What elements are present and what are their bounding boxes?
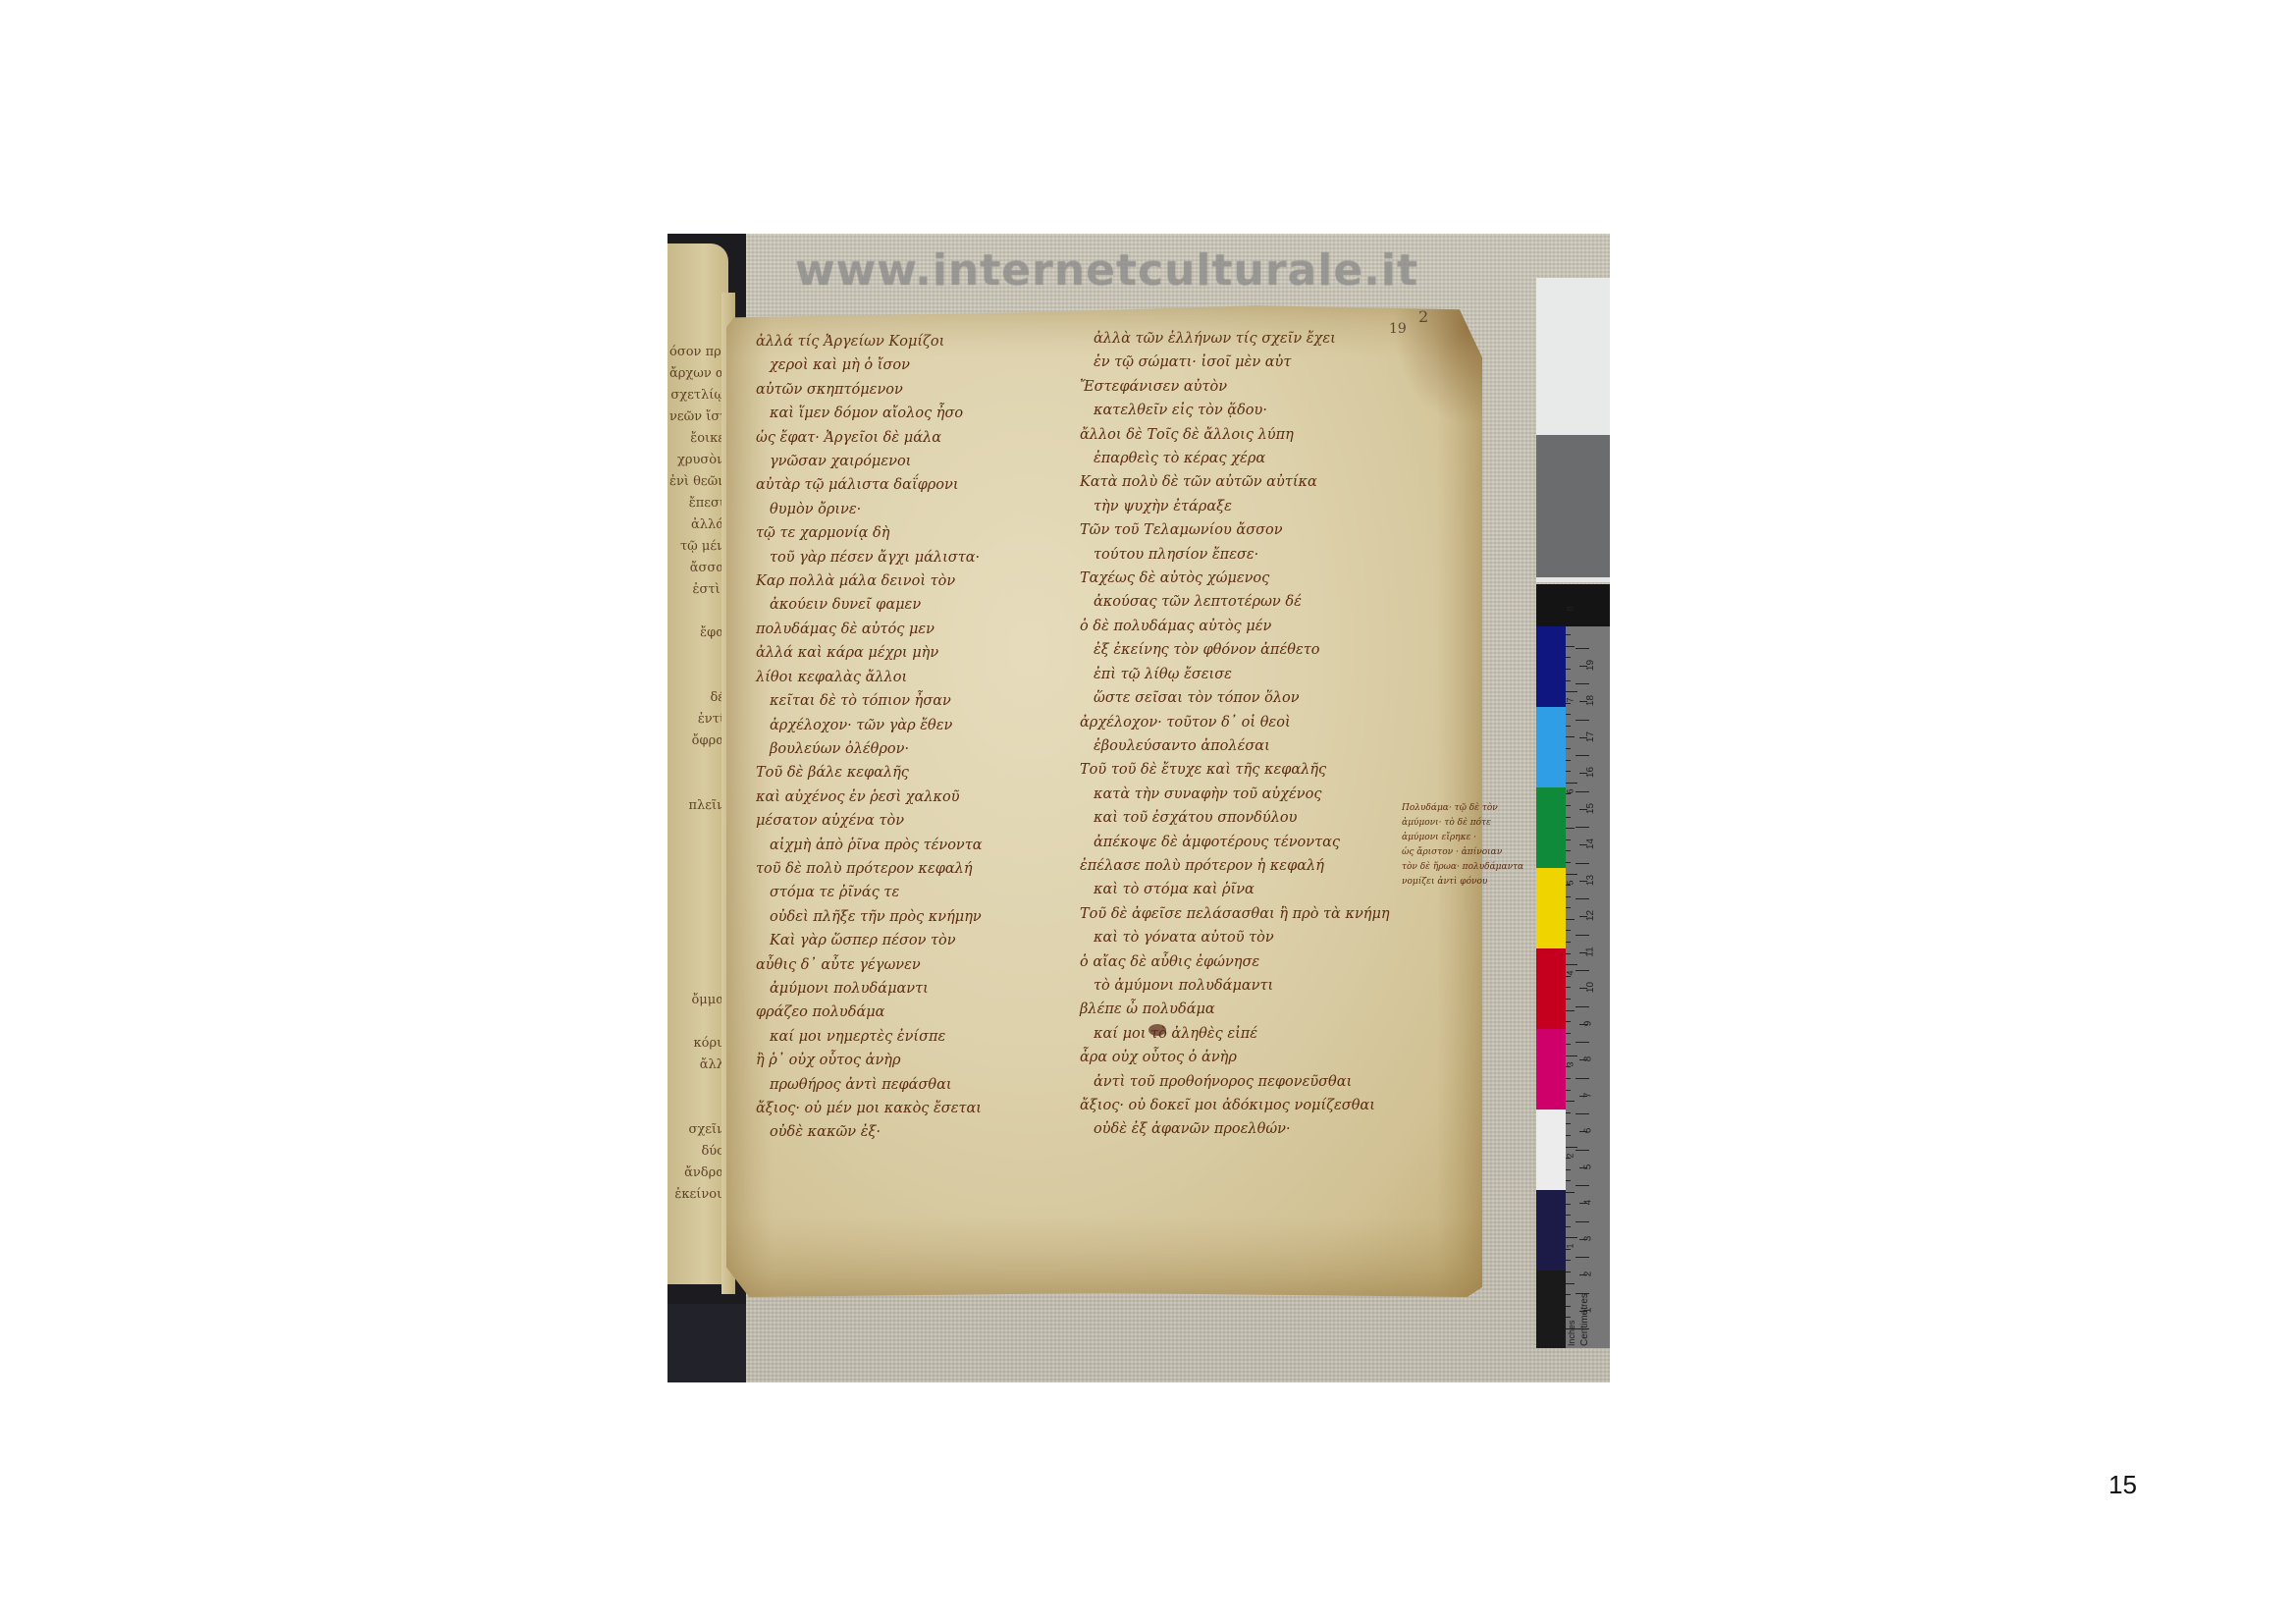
inch-tick [1566, 1237, 1577, 1238]
facing-page-line: ἀλλά [669, 514, 724, 536]
facing-page-line: κόρυ [669, 1033, 724, 1055]
inch-tick [1566, 953, 1571, 954]
manuscript-line: τῷ τε χαρμονίᾳ δὴ [756, 521, 983, 545]
inch-mark-label: 7 [1566, 698, 1575, 703]
manuscript-line: ἐπαρθεὶς τὸ κέρας χέρα [1080, 447, 1390, 470]
inch-tick [1566, 862, 1571, 863]
inch-tick [1566, 805, 1571, 806]
facing-page-line: ἄνδρα [669, 1163, 724, 1184]
facing-page-line: όσον πρὸς τῷ [669, 342, 724, 363]
inch-tick [1566, 703, 1571, 704]
inch-tick [1566, 1033, 1571, 1034]
facing-page-line [669, 925, 724, 947]
cm-tick [1575, 898, 1589, 899]
manuscript-line: Κατὰ πολὺ δὲ τῶν αὐτῶν αὐτίκα [1080, 470, 1390, 494]
facing-page-fragment: όσον πρὸς τῷἄρχων αὐτῷσχετλίῳνεῶν ἴστεἔο… [667, 244, 728, 1284]
right-text-column: ἀλλὰ τῶν ἑλλήνων τίς σχεῖν ἔχειἐν τῷ σώμ… [1080, 327, 1390, 1142]
facing-page-line [669, 839, 724, 860]
facing-page-line: σχετλίῳ [669, 385, 724, 406]
manuscript-line: ἐπέλασε πολὺ πρότερον ἡ κεφαλή [1080, 854, 1390, 878]
facing-page-line [669, 774, 724, 795]
cm-tick [1575, 935, 1589, 936]
inch-tick [1566, 987, 1571, 988]
inch-tick [1566, 657, 1571, 658]
facing-page-line [669, 860, 724, 882]
cm-tick [1575, 1006, 1589, 1007]
folio-number-secondary: 19 [1389, 321, 1407, 337]
inch-tick [1566, 839, 1571, 840]
manuscript-line: γνῶσαν χαιρόμενοι [756, 450, 983, 473]
cm-tick [1575, 1185, 1589, 1186]
facing-page-line: ἄλλ [669, 1055, 724, 1076]
manuscript-line: ἄξιος· οὐ δοκεῖ μοι ἀδόκιμος νομίζεσθαι [1080, 1094, 1390, 1117]
inch-tick [1566, 669, 1571, 670]
facing-page-line: ἐντί [669, 709, 724, 731]
manuscript-line: ἐξ ἐκείνης τὸν φθόνον ἀπέθετο [1080, 638, 1390, 662]
manuscript-line: πρωθήρος ἀντὶ πεφάσθαι [756, 1073, 983, 1097]
manuscript-line: αἰχμὴ ἀπὸ ῥῖνα πρὸς τένοντα [756, 834, 983, 857]
inch-tick [1566, 964, 1577, 965]
inch-tick [1566, 942, 1571, 943]
manuscript-line: καὶ τὸ γόνατα αὐτοῦ τὸν [1080, 926, 1390, 949]
cm-tick [1575, 863, 1589, 864]
manuscript-line: ἀρχέλοχον· τῶν γὰρ ἔθεν [756, 714, 983, 737]
inch-tick [1566, 1123, 1571, 1124]
manuscript-line: τοῦ δὲ πολὺ πρότερον κεφαλή [756, 857, 983, 881]
inch-tick [1566, 817, 1571, 818]
cm-mark-label: 9 [1582, 1020, 1593, 1026]
inch-tick [1566, 1169, 1571, 1170]
inch-tick [1566, 760, 1571, 761]
patch-separator [1536, 577, 1610, 582]
inch-mark-label: 6 [1566, 788, 1575, 793]
manuscript-line: ἆρα οὐχ οὗτος ὁ ἀνὴρ [1080, 1046, 1390, 1069]
cm-tick [1575, 648, 1589, 649]
manuscript-line: ἀλλά τίς Ἀργείων Κομίζοι [756, 330, 983, 353]
inch-tick [1566, 896, 1571, 897]
facing-page-line: τῷ μέν [669, 536, 724, 558]
cm-tick [1575, 827, 1589, 828]
kodak-ruler: KODAK Color C 12345678910111213141516171… [1536, 626, 1610, 1348]
facing-page-line [669, 1098, 724, 1119]
inch-tick [1566, 976, 1571, 977]
inch-tick [1566, 1021, 1571, 1022]
manuscript-line: ἀλλὰ τῶν ἑλλήνων τίς σχεῖν ἔχει [1080, 327, 1390, 351]
facing-page-line [669, 1011, 724, 1033]
facing-page-line [669, 903, 724, 925]
inch-tick [1566, 850, 1571, 851]
manuscript-line: ἐπὶ τῷ λίθῳ ἔσεισε [1080, 663, 1390, 686]
cm-tick [1575, 1042, 1589, 1043]
manuscript-line: ἢ ῥ᾽ οὐχ οὗτος ἀνὴρ [756, 1049, 983, 1072]
manuscript-line: ὡς ἔφατ· Ἀργεῖοι δὲ μάλα [756, 426, 983, 450]
manuscript-line: ἀρχέλοχον· τοῦτον δ᾽ οἱ θεοὶ [1080, 711, 1390, 734]
manuscript-line: οὐδὲ ἐξ ἀφανῶν προελθών· [1080, 1117, 1390, 1141]
cm-tick [1575, 1257, 1589, 1258]
manuscript-line: αὐτὰρ τῷ μάλιστα δαΐφρονι [756, 473, 983, 497]
inch-tick [1566, 634, 1571, 635]
ink-blot [1148, 1024, 1166, 1036]
cm-mark-label: 11 [1585, 947, 1596, 956]
inch-tick [1566, 691, 1577, 692]
inch-tick [1566, 1180, 1571, 1181]
facing-page-line: ἔοικε [669, 428, 724, 450]
manuscript-line: ἀκούσας τῶν λεπτοτέρων δέ [1080, 590, 1390, 614]
inch-tick [1566, 1215, 1571, 1216]
manuscript-line: καί μοι νημερτὲς ἐνίσπε [756, 1025, 983, 1049]
manuscript-line: Καρ πολλὰ μάλα δεινοὶ τὸν [756, 569, 983, 593]
manuscript-line: ἄλλοι δὲ Τοῖς δὲ ἄλλοις λύπη [1080, 423, 1390, 447]
manuscript-line: λίθοι κεφαλὰς ἄλλοι [756, 666, 983, 689]
manuscript-line: τούτου πλησίον ἔπεσε· [1080, 543, 1390, 567]
manuscript-line: ἄξιος· οὐ μέν μοι κακὸς ἔσεται [756, 1097, 983, 1120]
inch-tick [1566, 1112, 1571, 1113]
manuscript-line: ἐν τῷ σώματι· ἰσοῖ μὲν αὐτ [1080, 351, 1390, 374]
cm-mark-label: 16 [1585, 767, 1596, 778]
inch-tick [1566, 1226, 1571, 1227]
inch-tick [1566, 907, 1571, 908]
facing-page-line: πλεῖν [669, 795, 724, 817]
inch-tick [1566, 1090, 1571, 1091]
cm-tick [1575, 755, 1589, 756]
manuscript-line: ὥστε σεῖσαι τὸν τόπον ὅλον [1080, 686, 1390, 710]
manuscript-line: στόμα τε ῥῖνάς τε [756, 881, 983, 904]
inch-tick [1566, 1147, 1577, 1148]
cm-mark-label: 3 [1582, 1235, 1593, 1241]
cm-mark-label: 19 [1585, 660, 1596, 671]
manuscript-line: αὐτῶν σκηπτόμενον [756, 378, 983, 402]
manuscript-line: καὶ τὸ στόμα καὶ ῥῖνα [1080, 878, 1390, 901]
inch-tick [1566, 771, 1571, 772]
inch-tick [1566, 1272, 1571, 1272]
margin-note-line: ἀμύμονι εἴρηκε · [1402, 831, 1523, 845]
cm-mark-label: 7 [1582, 1092, 1593, 1098]
manuscript-line: κατελθεῖν εἰς τὸν ᾅδου· [1080, 399, 1390, 422]
color-patch-white [1536, 278, 1610, 435]
manuscript-line: τὴν ψυχὴν ἐτάραξε [1080, 495, 1390, 518]
manuscript-line: Ἔστεφάνισεν αὐτὸν [1080, 375, 1390, 399]
cm-mark-label: 2 [1582, 1272, 1593, 1277]
inch-tick [1566, 726, 1571, 727]
inch-tick [1566, 736, 1575, 737]
cm-mark-label: 17 [1585, 731, 1596, 742]
folio-number-top: 2 [1418, 307, 1428, 326]
facing-page-line [669, 666, 724, 687]
cm-tick [1575, 683, 1589, 684]
inch-mark-label: 1 [1566, 1244, 1575, 1249]
manuscript-line: κατὰ τὴν συναφὴν τοῦ αὐχένος [1080, 783, 1390, 806]
manuscript-line: Ταχέως δὲ αὐτὸς χώμενος [1080, 567, 1390, 590]
facing-page-line: ἐκείνου [669, 1184, 724, 1206]
cm-mark-label: 10 [1585, 982, 1596, 993]
manuscript-line: χεροὶ καὶ μὴ ὁ ἴσον [756, 353, 983, 377]
facing-page-line: ὄφρα [669, 731, 724, 752]
margin-note-line: ὡς ἄριστον · ἀπίνοιαν [1402, 845, 1523, 860]
facing-page-line: δέ [669, 687, 724, 709]
cm-tick [1575, 1113, 1589, 1114]
manuscript-line: Τοῦ δὲ βάλε κεφαλῆς [756, 761, 983, 785]
cm-mark-label: 6 [1582, 1128, 1593, 1134]
inch-tick [1566, 748, 1571, 749]
cm-mark-label: 8 [1582, 1056, 1593, 1062]
inch-mark-label: 5 [1566, 880, 1575, 885]
cm-mark-label: 13 [1585, 875, 1596, 886]
manuscript-line: μέσατον αὐχένα τὸν [756, 809, 983, 833]
facing-page-line: ὄμμα [669, 990, 724, 1011]
cm-mark-label: 14 [1585, 839, 1596, 849]
left-text-column: ἀλλά τίς Ἀργείων Κομίζοιχεροὶ καὶ μὴ ὁ ἴ… [756, 330, 983, 1145]
facing-page-line: ἄρχων αὐτῷ [669, 363, 724, 385]
manuscript-line: αὖθις δ᾽ αὖτε γέγωνεν [756, 953, 983, 977]
inch-tick [1566, 1192, 1575, 1193]
inch-tick [1566, 1260, 1571, 1261]
inch-tick [1566, 1101, 1575, 1102]
cm-tick [1575, 1078, 1589, 1079]
manuscript-line: κεῖται δὲ τὸ τόπιον ἦσαν [756, 689, 983, 713]
inch-tick [1566, 1294, 1571, 1295]
inch-tick [1566, 1249, 1571, 1250]
inch-tick [1566, 1283, 1575, 1284]
inch-mark-label: 3 [1566, 1061, 1575, 1066]
manuscript-line: θυμὸν ὄρινε· [756, 498, 983, 521]
inch-tick [1566, 1306, 1571, 1307]
manuscript-line: βουλεύων ὀλέθρον· [756, 737, 983, 761]
dark-background-bottom [667, 1304, 746, 1382]
manuscript-line: τοῦ γὰρ πέσεν ἄγχι μάλιστα· [756, 546, 983, 569]
manuscript-line: φράζεο πολυδάμα [756, 1001, 983, 1024]
facing-page-line: νεῶν ἴστε [669, 406, 724, 428]
inch-mark-label: 8 [1566, 607, 1575, 612]
inch-tick [1566, 783, 1577, 784]
cm-mark-label: 4 [1582, 1200, 1593, 1206]
facing-page-line: δύο [669, 1141, 724, 1163]
facing-page-line [669, 968, 724, 990]
facing-page-line [669, 817, 724, 839]
cm-tick [1575, 1221, 1589, 1222]
inch-tick [1566, 646, 1575, 647]
manuscript-line: καὶ τοῦ ἐσχάτου σπονδύλου [1080, 806, 1390, 830]
manuscript-photo: όσον πρὸς τῷἄρχων αὐτῷσχετλίῳνεῶν ἴστεἔο… [667, 234, 1610, 1382]
inch-tick [1566, 680, 1571, 681]
inch-tick [1566, 1317, 1571, 1318]
manuscript-line: Τῶν τοῦ Τελαμωνίου ἄσσον [1080, 518, 1390, 542]
facing-page-text: όσον πρὸς τῷἄρχων αὐτῷσχετλίῳνεῶν ἴστεἔο… [669, 342, 724, 1206]
cm-tick [1575, 970, 1589, 971]
cm-mark-label: 12 [1585, 910, 1596, 921]
inch-tick [1566, 919, 1575, 920]
inch-tick [1566, 1056, 1577, 1056]
facing-page-line: ἄσσα [669, 558, 724, 579]
manuscript-line: οὐδεὶ πλῆξε τῆν πρὸς κνήμην [756, 905, 983, 929]
ruler-body: KODAK Color C 12345678910111213141516171… [1566, 626, 1610, 1348]
cm-tick [1575, 791, 1589, 792]
color-patch-gray [1536, 435, 1610, 577]
inch-tick [1566, 1204, 1571, 1205]
cm-mark-label: 5 [1582, 1164, 1593, 1169]
manuscript-line: βλέπε ὦ πολυδάμα [1080, 998, 1390, 1021]
cm-tick [1575, 1150, 1589, 1151]
facing-page-line [669, 882, 724, 903]
manuscript-line: Καὶ γὰρ ὥσπερ πέσον τὸν [756, 929, 983, 952]
inch-tick [1566, 828, 1575, 829]
manuscript-line: τὸ ἀμύμονι πολυδάμαντι [1080, 974, 1390, 998]
manuscript-line: ἀμύμονι πολυδάμαντι [756, 977, 983, 1001]
inch-mark-label: 4 [1566, 971, 1575, 976]
inch-mark-label: 2 [1566, 1153, 1575, 1158]
inch-tick [1566, 1044, 1571, 1045]
manuscript-line: καὶ ἵμεν δόμον αἴολος ἦσο [756, 402, 983, 425]
manuscript-line: ἐβουλεύσαντο ἀπολέσαι [1080, 734, 1390, 758]
facing-page-line [669, 1076, 724, 1098]
manuscript-line: ἀντὶ τοῦ προθοήνορος πεφονεῦσθαι [1080, 1070, 1390, 1094]
manuscript-line: Τοῦ τοῦ δὲ ἔτυχε καὶ τῆς κεφαλῆς [1080, 758, 1390, 782]
manuscript-line: ἀκούειν δυνεῖ φαμεν [756, 593, 983, 617]
manuscript-line: οὐδὲ κακῶν ἐξ· [756, 1120, 983, 1144]
manuscript-line: καί μοι τὸ ἀληθὲς εἰπέ [1080, 1022, 1390, 1046]
facing-page-line [669, 601, 724, 623]
manuscript-folio: ἀλλά τίς Ἀργείων Κομίζοιχεροὶ καὶ μὴ ὁ ἴ… [726, 298, 1482, 1297]
manuscript-line: Τοῦ δὲ ἀφεῖσε πελάσασθαι ἢ πρὸ τὰ κνήμη [1080, 902, 1390, 926]
cm-tick [1575, 720, 1589, 721]
inch-tick [1566, 1010, 1575, 1011]
centimetres-label: Centimetres [1579, 1293, 1590, 1346]
facing-page-line: ἔφα [669, 623, 724, 644]
facing-page-line: ἐνὶ θεῶν [669, 471, 724, 493]
margin-annotation: Πολυδάμα· τῷ δὲ τὸνἀμύμονι· τὸ δὲ πότεἀμ… [1402, 801, 1523, 890]
facing-page-line: χρυσὸν [669, 450, 724, 471]
margin-note-line: νομίζει ἀντὶ φόνου [1402, 875, 1523, 890]
inch-tick [1566, 714, 1571, 715]
margin-note-line: Πολυδάμα· τῷ δὲ τὸν [1402, 801, 1523, 816]
manuscript-line: ἀλλά καὶ κάρα μέχρι μὴν [756, 641, 983, 665]
inch-tick [1566, 1078, 1571, 1079]
inch-tick [1566, 1135, 1571, 1136]
margin-note-line: ἀμύμονι· τὸ δὲ πότε [1402, 816, 1523, 831]
cm-mark-label: 15 [1585, 803, 1596, 814]
facing-page-line: σχεῖν [669, 1119, 724, 1141]
inch-tick [1566, 1066, 1571, 1067]
inch-tick [1566, 874, 1577, 875]
facing-page-line [669, 947, 724, 968]
watermark: www.internetculturale.it [795, 245, 1418, 296]
facing-page-line [669, 752, 724, 774]
manuscript-line: καὶ αὐχένος ἐν ῥεσὶ χαλκοῦ [756, 785, 983, 809]
inch-tick [1566, 793, 1571, 794]
manuscript-line: ὁ δὲ πολυδάμας αὐτὸς μέν [1080, 615, 1390, 638]
manuscript-line: πολυδάμας δὲ αὐτός μεν [756, 618, 983, 641]
cm-mark-label: 18 [1585, 695, 1596, 706]
facing-page-line: ἐστὶ: [669, 579, 724, 601]
page-number: 15 [2109, 1470, 2137, 1500]
manuscript-line: ὁ αἴας δὲ αὖθις ἐφώνησε [1080, 950, 1390, 974]
facing-page-line: ἔπεσι [669, 493, 724, 514]
inches-label: Inches [1567, 1320, 1576, 1346]
manuscript-line: ἀπέκοψε δὲ ἀμφοτέρους τένοντας [1080, 831, 1390, 854]
facing-page-line [669, 644, 724, 666]
inch-tick [1566, 999, 1571, 1000]
inch-tick [1566, 930, 1571, 931]
margin-note-line: τὸν δὲ ἥρωα· πολυδάμαντα [1402, 860, 1523, 875]
